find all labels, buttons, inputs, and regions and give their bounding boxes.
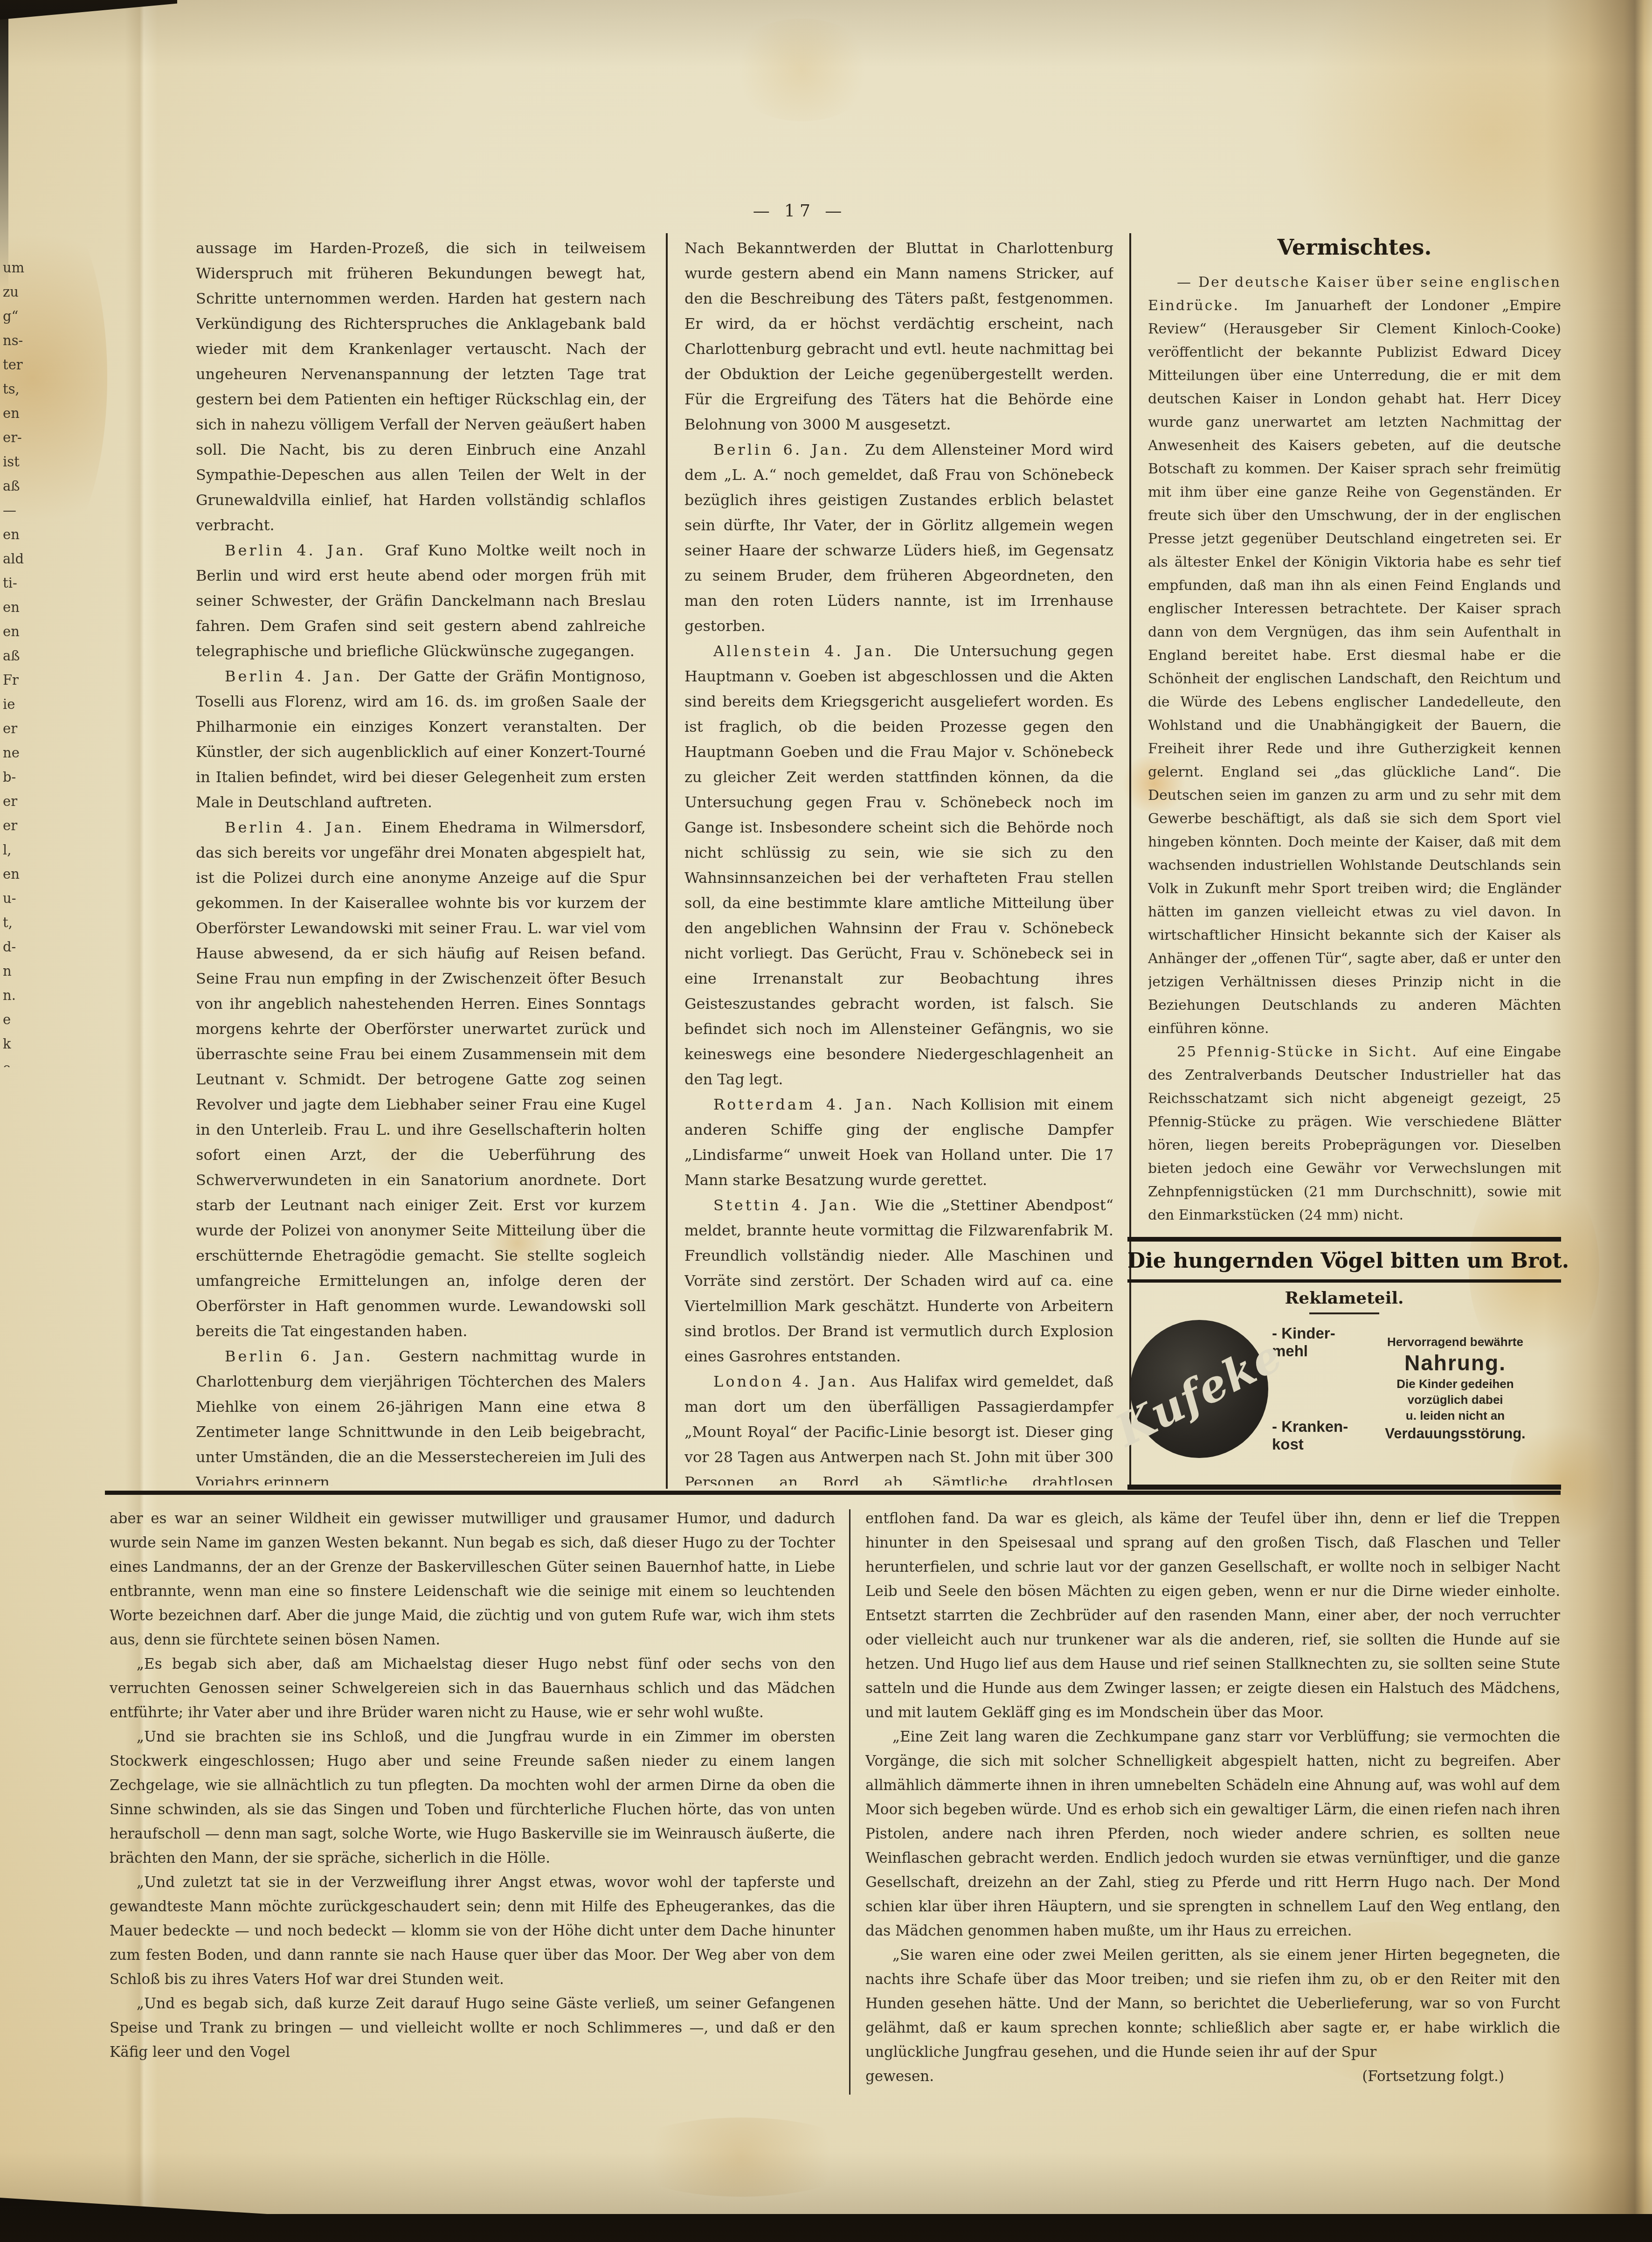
news-text: Die Untersuchung gegen Hauptmann v. Goeb… <box>684 642 1113 1088</box>
scanner-edge-bottom <box>0 2214 1652 2242</box>
news-text: Zu dem Allensteiner Mord wird dem „L. A.… <box>684 441 1113 635</box>
paper-stain <box>727 19 877 121</box>
news-text: Wie die „Stettiner Abendpost“ meldet, br… <box>684 1196 1113 1365</box>
scanner-edge-top <box>0 0 177 20</box>
dateline: Berlin 4. Jan. <box>225 541 385 559</box>
gutter-text-fragments: um zu g“ ns- ter ts, en er- ist aß — en … <box>3 256 30 1067</box>
ad-small-divider <box>1309 1312 1379 1314</box>
dateline: Berlin 6. Jan. <box>225 1347 399 1365</box>
feuilleton-paragraph: „Eine Zeit lang waren die Zechkumpane ga… <box>865 1725 1560 1943</box>
news-text: Auf eine Eingabe des Zentralverbands Deu… <box>1148 1044 1561 1223</box>
column-divider-rule <box>666 233 668 1489</box>
feuilleton-paragraph: „Es begab sich aber, daß am Michaelstag … <box>110 1652 835 1725</box>
ad-claim-line: Die Kinder gedeihen <box>1354 1376 1556 1392</box>
kufeke-advertisement: Kufeke - Kinder- mehl - Kranken- kost He… <box>1127 1317 1561 1458</box>
news-item: aussage im Harden-Prozeß, die sich in te… <box>196 236 646 538</box>
item-lead: 25 Pfennig-Stücke in Sicht. <box>1177 1044 1433 1060</box>
section-heading-vermischtes: Vermischtes. <box>1148 236 1561 259</box>
news-item: Stettin 4. Jan.Wie die „Stettiner Abendp… <box>684 1193 1113 1369</box>
paper-stain <box>620 2117 863 2197</box>
ad-claim-text: Hervorragend bewährte Nahrung. Die Kinde… <box>1354 1334 1556 1444</box>
dateline: Stettin 4. Jan. <box>713 1196 875 1214</box>
scanner-edge-left <box>0 0 8 289</box>
news-text: Einem Ehedrama in Wilmersdorf, das sich … <box>196 819 646 1340</box>
news-item: Nach Bekanntwerden der Bluttat in Charlo… <box>684 236 1113 437</box>
news-column-1: aussage im Harden-Prozeß, die sich in te… <box>196 236 646 1485</box>
ad-divider-rule <box>1127 1279 1561 1283</box>
closing-word: gewesen. <box>865 2064 934 2089</box>
feuilleton-paragraph: entflohen fand. Da war es gleich, als kä… <box>865 1506 1560 1725</box>
ad-claim-line: Nahrung. <box>1354 1350 1556 1376</box>
news-item: London 4. Jan.Aus Halifax wird gemeldet,… <box>684 1369 1113 1485</box>
ad-claim-line: vorzüglich dabei <box>1354 1392 1556 1408</box>
feuilleton-paragraph: „Und es begab sich, daß kurze Zeit darau… <box>110 1992 835 2064</box>
scanned-newspaper-page: — 17 — um zu g“ ns- ter ts, en er- ist a… <box>0 0 1652 2242</box>
ad-product-bottom: - Kranken- kost <box>1272 1418 1350 1453</box>
feuilleton-column-divider <box>849 1509 850 2095</box>
feuilleton-paragraph: „Und sie brachten sie ins Schloß, und di… <box>110 1725 835 1870</box>
feuilleton-paragraph: „Und zuletzt tat sie in der Verzweiflung… <box>110 1870 835 1992</box>
ad-product-top: - Kinder- mehl <box>1272 1325 1350 1360</box>
feuilleton-column-right: entflohen fand. Da war es gleich, als kä… <box>865 1506 1560 2108</box>
dateline: London 4. Jan. <box>713 1373 870 1390</box>
news-text: Im Januarheft der Londoner „Empire Revie… <box>1148 298 1561 1037</box>
news-item: Berlin 6. Jan.Zu dem Allensteiner Mord w… <box>684 437 1113 639</box>
kufeke-brand-name: Kufeke <box>1107 1329 1291 1457</box>
news-column-2: Nach Bekanntwerden der Bluttat in Charlo… <box>684 236 1113 1485</box>
ad-product-labels: - Kinder- mehl - Kranken- kost <box>1272 1325 1350 1453</box>
news-text: Gestern nachmittag wurde in Charlottenbu… <box>196 1347 646 1485</box>
ad-section-label: Reklameteil. <box>1127 1283 1561 1308</box>
news-item: Berlin 4. Jan.Graf Kuno Moltke weilt noc… <box>196 538 646 664</box>
continuation-note: (Fortsetzung folgt.) <box>1362 2064 1504 2089</box>
feuilleton-paragraph: aber es war an seiner Wildheit ein gewis… <box>110 1506 835 1652</box>
news-column-3: Vermischtes. — Der deutsche Kaiser über … <box>1148 236 1561 1234</box>
dateline: Berlin 4. Jan. <box>225 819 381 836</box>
news-item: Allenstein 4. Jan.Die Untersuchung gegen… <box>684 639 1113 1092</box>
news-text: aussage im Harden-Prozeß, die sich in te… <box>196 239 646 534</box>
advertisement-box: Die hungernden Vögel bitten um Brot. Rek… <box>1127 1237 1561 1490</box>
feuilleton-last-line: gewesen. (Fortsetzung folgt.) <box>865 2064 1560 2089</box>
kufeke-logo: Kufeke <box>1130 1320 1268 1458</box>
ad-claim-line: u. leiden nicht an <box>1354 1408 1556 1423</box>
dateline: Allenstein 4. Jan. <box>713 642 914 660</box>
dateline: Rotterdam 4. Jan. <box>713 1096 912 1113</box>
feuilleton-paragraph: „Sie waren eine oder zwei Meilen geritte… <box>865 1943 1560 2064</box>
news-item: Berlin 4. Jan.Der Gatte der Gräfin Monti… <box>196 664 646 815</box>
news-item: Berlin 6. Jan.Gestern nachmittag wurde i… <box>196 1344 646 1485</box>
ad-claim-line: Hervorragend bewährte <box>1354 1334 1556 1350</box>
page-number: — 17 — <box>683 201 916 221</box>
news-text: Graf Kuno Moltke weilt noch in Berlin un… <box>196 541 646 660</box>
ad-claim-line: Verdauungsstörung. <box>1354 1423 1556 1444</box>
dateline: Berlin 4. Jan. <box>225 667 378 685</box>
news-item: Berlin 4. Jan.Einem Ehedrama in Wilmersd… <box>196 815 646 1344</box>
dateline: Berlin 6. Jan. <box>713 441 865 458</box>
news-text: Der Gatte der Gräfin Montignoso, Toselli… <box>196 667 646 811</box>
news-item: Rotterdam 4. Jan.Nach Kollision mit eine… <box>684 1092 1113 1193</box>
feuilleton-column-left: aber es war an seiner Wildheit ein gewis… <box>110 1506 835 2108</box>
news-item: — Der deutsche Kaiser über seine englisc… <box>1148 271 1561 1041</box>
section-divider-rule <box>105 1491 1561 1495</box>
news-item: 25 Pfennig-Stücke in Sicht.Auf eine Eing… <box>1148 1041 1561 1227</box>
ad-banner-headline: Die hungernden Vögel bitten um Brot. <box>1127 1242 1561 1279</box>
news-text: Nach Bekanntwerden der Bluttat in Charlo… <box>684 239 1113 433</box>
